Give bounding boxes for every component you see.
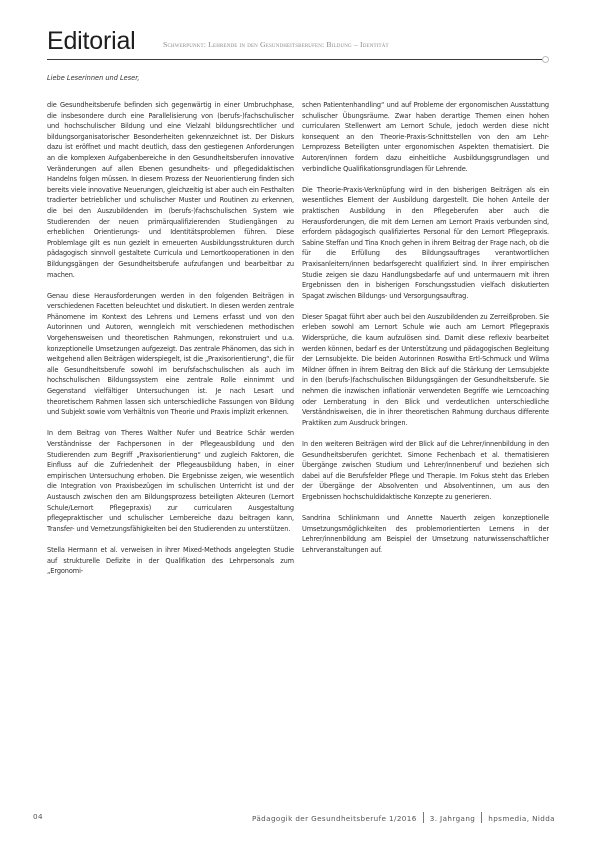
paragraph: In den weiteren Beiträgen wird der Blick… bbox=[302, 439, 549, 503]
paragraph: Genau diese Herausforderungen werden in … bbox=[47, 291, 294, 418]
section-subtitle: Schwerpunkt: Lehrende in den Gesundheits… bbox=[163, 40, 389, 49]
journal-name: Pädagogik der Gesundheitsberufe 1/2016 bbox=[252, 814, 417, 823]
volume: 3. Jahrgang bbox=[430, 814, 476, 823]
paragraph: In dem Beitrag von Theres Walther Nufer … bbox=[47, 428, 294, 534]
header-divider bbox=[47, 59, 543, 60]
paragraph: Stella Hermann et al. verweisen in ihrer… bbox=[47, 545, 294, 577]
footer-separator bbox=[481, 812, 482, 823]
footer-info: Pädagogik der Gesundheitsberufe 1/20163.… bbox=[252, 812, 555, 823]
paragraph: schen Patientenhandling“ und auf Problem… bbox=[302, 100, 549, 174]
divider-end-circle-icon bbox=[542, 56, 549, 63]
page-number: 04 bbox=[33, 812, 43, 821]
paragraph: Sandrina Schlinkmann und Annette Nauerth… bbox=[302, 513, 549, 555]
right-column: schen Patientenhandling“ und auf Problem… bbox=[302, 100, 549, 566]
greeting: Liebe Leserinnen und Leser, bbox=[47, 74, 139, 82]
page-title: Editorial bbox=[47, 27, 136, 55]
paragraph: Die Theorie-Praxis-Verknüpfung wird in d… bbox=[302, 185, 549, 302]
page-header: Editorial Schwerpunkt: Lehrende in den G… bbox=[47, 27, 547, 67]
publisher: hpsmedia, Nidda bbox=[488, 814, 555, 823]
footer-separator bbox=[423, 812, 424, 823]
paragraph: Dieser Spagat führt aber auch bei den Au… bbox=[302, 312, 549, 429]
left-column: die Gesundheitsberufe befinden sich gege… bbox=[47, 100, 294, 587]
paragraph: die Gesundheitsberufe befinden sich gege… bbox=[47, 100, 294, 280]
